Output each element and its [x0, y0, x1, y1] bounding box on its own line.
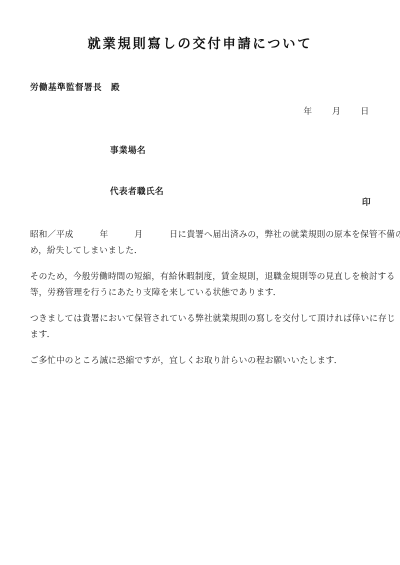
seal-mark: 印	[362, 196, 371, 208]
paragraph-3-line-2: ます．	[30, 326, 380, 342]
date-fill-in-line: 年 月 日	[303, 105, 370, 117]
document-title: 就業規則寫しの交付申請について	[0, 33, 400, 52]
paragraph-closing: ご多忙中のところ誠に恐縮ですが，宜しくお取り計らいの程お願いいたします．	[30, 352, 380, 368]
addressee-line: 労働基準監督署長 殿	[30, 81, 120, 93]
paragraph-request: つきましては貴署において保管されている弊社就業規則の寫しを交付して頂ければ倖いに…	[30, 310, 380, 342]
paragraph-1-line-1: 昭和／平成 年 月 日に貴署へ届出済みの，弊社の就業規則の原本を保管不備のた	[30, 226, 380, 242]
representative-name-label: 代表者職氏名	[110, 185, 164, 197]
letter-body: 昭和／平成 年 月 日に貴署へ届出済みの，弊社の就業規則の原本を保管不備のた め…	[30, 226, 380, 378]
paragraph-1-line-2: め，紛失してしまいました．	[30, 242, 380, 258]
paragraph-lost-original: 昭和／平成 年 月 日に貴署へ届出済みの，弊社の就業規則の原本を保管不備のた め…	[30, 226, 380, 258]
paragraph-2-line-2: 等，労務管理を行うにあたり支障を来している状態であります．	[30, 284, 380, 300]
business-name-label: 事業場名	[110, 144, 146, 156]
document-page: 就業規則寫しの交付申請について 労働基準監督署長 殿 年 月 日 事業場名 代表…	[0, 0, 400, 565]
paragraph-2-line-1: そのため，今般労働時間の短縮，有給休暇制度，賃金規則，退職金規則等の見直しを検討…	[30, 268, 380, 284]
paragraph-reason: そのため，今般労働時間の短縮，有給休暇制度，賃金規則，退職金規則等の見直しを検討…	[30, 268, 380, 300]
paragraph-4-line-1: ご多忙中のところ誠に恐縮ですが，宜しくお取り計らいの程お願いいたします．	[30, 352, 380, 368]
paragraph-3-line-1: つきましては貴署において保管されている弊社就業規則の寫しを交付して頂ければ倖いに…	[30, 310, 380, 326]
